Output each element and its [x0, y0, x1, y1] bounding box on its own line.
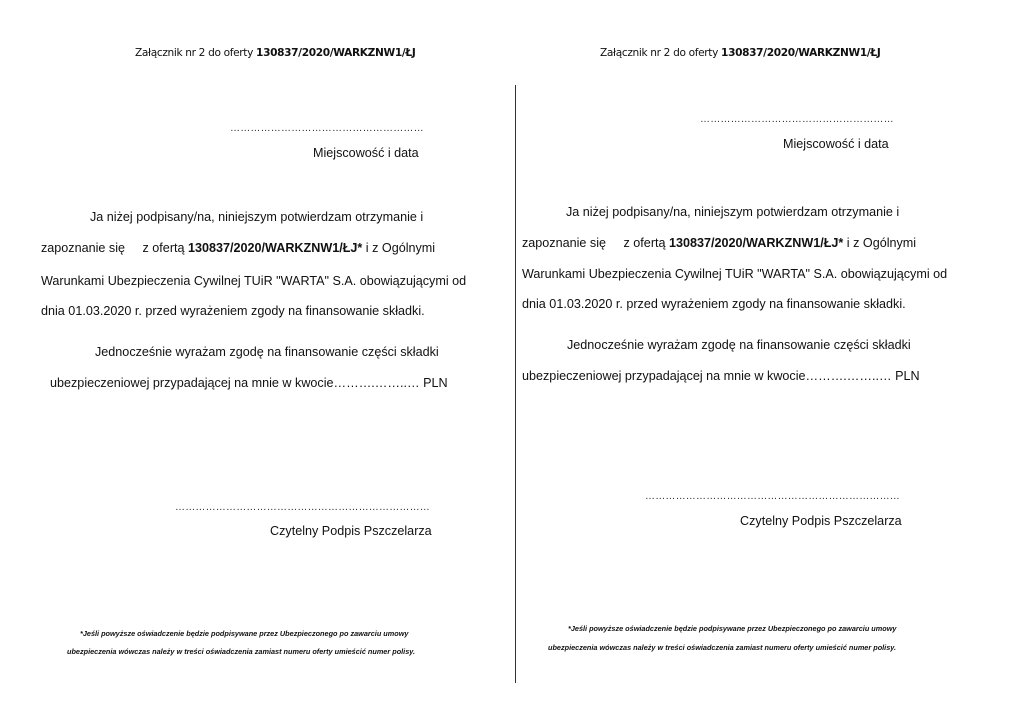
attachment-header: Załącznik nr 2 do oferty 130837/2020/WAR… [600, 48, 880, 59]
statement-line-1: Ja niżej podpisany/na, niniejszym potwie… [566, 206, 899, 219]
statement-offer-number: 130837/2020/WARKZNW1/ŁJ* [669, 236, 843, 250]
header-prefix: Załącznik nr 2 do oferty [600, 47, 721, 59]
consent-line-2: ubezpieczeniowej przypadającej na mnie w… [522, 370, 920, 383]
consent-line-1: Jednocześnie wyrażam zgodę na finansowan… [567, 339, 911, 352]
statement-line-2: zapoznanie się z ofertą 130837/2020/WARK… [522, 237, 916, 250]
signature-label: Czytelny Podpis Pszczelarza [740, 515, 902, 528]
header-offer-number: 130837/2020/WARKZNW1/ŁJ [721, 47, 880, 59]
signature-line: ………………………………………………………………… [645, 492, 900, 502]
statement-line-4: dnia 01.03.2020 r. przed wyrażeniem zgod… [522, 298, 906, 311]
statement-line-3: Warunkami Ubezpieczenia Cywilnej TUiR "W… [522, 268, 947, 281]
place-date-line: ………………………………………………… [700, 115, 894, 125]
statement-copy-right: Załącznik nr 2 do oferty 130837/2020/WAR… [0, 0, 512, 724]
statement-line-2-post: i z Ogólnymi [843, 236, 916, 250]
page-divider-line [515, 85, 516, 683]
footnote-line-1: *Jeśli powyższe oświadczenie będzie podp… [568, 625, 896, 632]
place-date-label: Miejscowość i data [783, 138, 889, 151]
statement-line-2-pre: zapoznanie się z ofertą [522, 236, 669, 250]
footnote-line-2: ubezpieczenia wówczas należy w treści oś… [548, 644, 896, 651]
